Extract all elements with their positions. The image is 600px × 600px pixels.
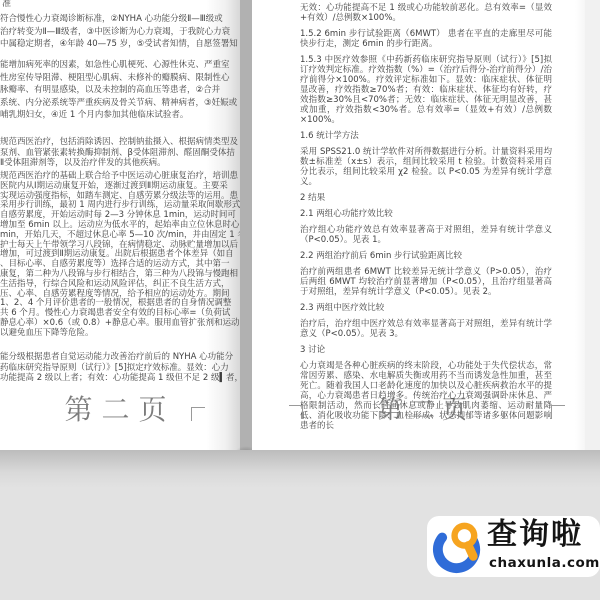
section-heading: 2.3 两组中医疗效比较 xyxy=(300,303,552,313)
paragraph: 规范西医治疗，包括消除诱因、控制钠盐摄入、根据病情类型及泵剂、血管紧张素转换酶抑… xyxy=(0,137,246,169)
section-heading: 3 讨论 xyxy=(300,345,552,355)
text-line: 能分级根据患者自觉运动能力改善治疗前后的 NYHA 心功能分 xyxy=(0,352,246,363)
paragraph: 治疗组心功能疗效总有效率显著高于对照组，差异有统计学意义（P<0.05）。见表 … xyxy=(300,225,552,245)
page-number-label: 第二页 xyxy=(300,390,552,426)
paragraph: 规范西医治疗的基础上联合给予中医运动心脏康复治疗，培训患医院内从Ⅰ期运动康复开始… xyxy=(0,172,246,339)
text-line: Ⅱ受体阻滞剂等，以及治疗伴发的其他疾病。 xyxy=(0,158,246,169)
section-heading: 1.6 统计学方法 xyxy=(300,131,552,141)
text-line: 规范西医治疗，包括消除诱因、控制钠盐摄入、根据病情类型及 xyxy=(0,137,246,148)
watermark-logo: 查询啦 chaxunla.com xyxy=(427,516,600,577)
paragraph: 1.5.3 中医疗效参照《中药新药临床研究指导原则（试行）》[5]拟订疗效判定标… xyxy=(300,55,552,125)
paragraph: 能分级根据患者自觉运动能力改善治疗前后的 NYHA 心功能分药临床研究指导原则（… xyxy=(0,352,246,384)
viewer-background-strip xyxy=(585,0,600,452)
text-line: 药临床研究指导原则（试行）》[5]拟定疗效标准。显效：心力 xyxy=(0,363,246,374)
paragraph: 采用 SPSS21.0 统计学软件对所得数据进行分析。计量资料采用均数±标准差（… xyxy=(300,147,552,187)
magnifier-q-icon xyxy=(431,519,486,574)
text-line: 符合慢性心力衰竭诊断标准，②NYHA 心功能分级Ⅱ—Ⅲ级或 xyxy=(0,13,246,26)
right-page: 无效：心功能提高不足 1 级或心功能较前恶化。总有效率=（显效+有效）/总例数×… xyxy=(252,0,585,452)
text-line: 性房室传导阻滞、梗阻型心肌病、未修补的瓣膜病、限制性心 xyxy=(0,72,246,85)
paragraph: 无效：心功能提高不足 1 级或心功能较前恶化。总有效率=（显效+有效）/总例数×… xyxy=(300,3,552,23)
section-heading: 2.1 两组心功能疗效比较 xyxy=(300,209,552,219)
text-line: 泵剂、血管紧张素转换酶抑制剂、β受体阻滞剂、醛固酮受体拮 xyxy=(0,148,246,159)
section-heading: 2 结果 xyxy=(300,193,552,203)
brand-name: 查询啦 xyxy=(487,517,583,553)
right-page-text: 无效：心功能提高不足 1 级或心功能较前恶化。总有效率=（显效+有效）/总例数×… xyxy=(300,3,552,437)
margin-corner-mark xyxy=(191,407,205,421)
document-viewer: 准 符合慢性心力衰竭诊断标准，②NYHA 心功能分级Ⅱ—Ⅲ级或治疗转变为Ⅱ—Ⅲ级… xyxy=(0,0,600,600)
margin-corner-mark xyxy=(551,405,565,419)
text-line: 系统、内分泌系统等严重疾病及骨关节病、精神病者，③妊娠或 xyxy=(0,97,246,110)
paragraph: 治疗前两组患者 6MWT 比较差异无统计学意义（P>0.05），治疗后两组 6M… xyxy=(300,267,552,297)
text-line: 中属稳定期者，④年龄 40—75 岁，⑤受试者知情，自愿签署知 xyxy=(0,38,246,51)
text-line: 治疗转变为Ⅱ—Ⅲ级者，③中医诊断为心力衰竭，于我院心力衰 xyxy=(0,26,246,39)
text-line: 哺乳期妇女，④近 1 个月内参加其他临床试验者。 xyxy=(0,109,246,122)
cut-line-fragment: 准 xyxy=(2,0,11,9)
margin-corner-mark xyxy=(289,405,303,419)
paragraph: 能增加病死率的因素，如急性心肌梗死、心源性休克、严重室性房室传导阻滞、梗阻型心肌… xyxy=(0,59,246,122)
text-line: 能增加病死率的因素，如急性心肌梗死、心源性休克、严重室 xyxy=(0,59,246,72)
section-heading: 2.2 两组治疗前后 6min 步行试验距离比较 xyxy=(300,251,552,261)
paragraph: 1.5.2 6min 步行试验距离（6MWT） 患者在平直的走廊里尽可能快步行走… xyxy=(300,29,552,49)
paragraph: 符合慢性心力衰竭诊断标准，②NYHA 心功能分级Ⅱ—Ⅲ级或治疗转变为Ⅱ—Ⅲ级者，… xyxy=(0,13,246,51)
paragraph: 治疗后，治疗组中医疗效总有效率显著高于对照组，差异有统计学意义（P<0.05）。… xyxy=(300,319,552,339)
brand-domain: chaxunla.com xyxy=(489,555,600,571)
text-line: 以避免血压下降等危险。 xyxy=(0,329,246,339)
left-page: 准 符合慢性心力衰竭诊断标准，②NYHA 心功能分级Ⅱ—Ⅲ级或治疗转变为Ⅱ—Ⅲ级… xyxy=(0,0,240,452)
text-line: 功能提高 2 级以上者；有效：心功能提高 1 级但不足 2 级▍者， xyxy=(0,373,246,384)
text-line: 脉瓣率、有明显感染，以及未控制的高血压等患者，②合并 xyxy=(0,84,246,97)
page-gap xyxy=(240,0,252,452)
